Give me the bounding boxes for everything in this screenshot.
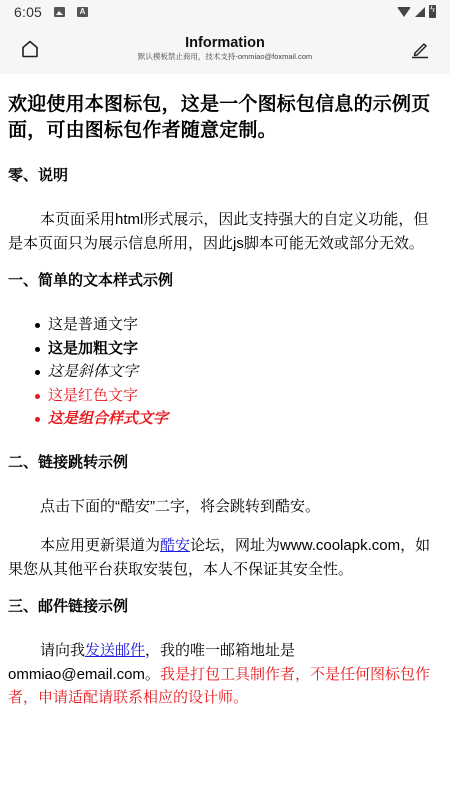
status-right-icons (397, 5, 436, 18)
home-button[interactable] (18, 37, 42, 61)
section-2-paragraph-2: 本应用更新渠道为酷安论坛，网址为www.coolapk.com，如果您从其他平台… (8, 534, 438, 581)
list-item-bold: 这是加粗文字 (34, 337, 438, 361)
list-item-normal: 这是普通文字 (34, 313, 438, 337)
edit-icon (410, 39, 430, 59)
page-subtitle: 默认模板禁止商用，技术支持-ommiao@foxmail.com (80, 52, 370, 62)
list-item-red: 这是红色文字 (34, 384, 438, 408)
webview-content[interactable]: 欢迎使用本图标包，这是一个图标包信息的示例页面，可由图标包作者随意定制。 零、说… (8, 92, 438, 726)
list-item-combined: 这是组合样式文字 (34, 407, 438, 431)
signal-icon (415, 7, 425, 17)
wifi-icon (397, 7, 411, 17)
app-bar: Information 默认模板禁止商用，技术支持-ommiao@foxmail… (0, 25, 450, 74)
section-heading-2: 二、链接跳转示例 (8, 453, 438, 473)
status-time: 6:05 (14, 4, 42, 20)
page-title: Information (80, 35, 370, 52)
section-heading-3: 三、邮件链接示例 (8, 597, 438, 617)
list-item-italic: 这是斜体文字 (34, 360, 438, 384)
edit-button[interactable] (408, 37, 432, 61)
section-heading-1: 一、简单的文本样式示例 (8, 271, 438, 291)
a-notification-icon: A (77, 7, 88, 17)
section-3-paragraph: 请向我发送邮件，我的唯一邮箱地址是ommiao@email.com。我是打包工具… (8, 639, 438, 710)
coolapk-link[interactable]: 酷安 (160, 537, 190, 554)
text-style-list: 这是普通文字 这是加粗文字 这是斜体文字 这是红色文字 这是组合样式文字 (34, 313, 438, 431)
section-0-paragraph: 本页面采用html形式展示，因此支持强大的自定义功能，但是本页面只为展示信息所用… (8, 208, 438, 255)
title-block: Information 默认模板禁止商用，技术支持-ommiao@foxmail… (80, 35, 370, 62)
text: 请向我 (40, 642, 85, 659)
home-icon (20, 39, 40, 59)
text: 本应用更新渠道为 (40, 537, 160, 554)
section-2-paragraph-1: 点击下面的“酷安”二字，将会跳转到酷安。 (8, 495, 438, 519)
battery-charging-icon (429, 5, 436, 18)
image-notification-icon (54, 7, 65, 17)
intro-heading: 欢迎使用本图标包，这是一个图标包信息的示例页面，可由图标包作者随意定制。 (8, 92, 438, 144)
section-heading-0: 零、说明 (8, 166, 438, 186)
status-bar: 6:05 A (0, 0, 450, 25)
send-email-link[interactable]: 发送邮件 (85, 642, 145, 659)
